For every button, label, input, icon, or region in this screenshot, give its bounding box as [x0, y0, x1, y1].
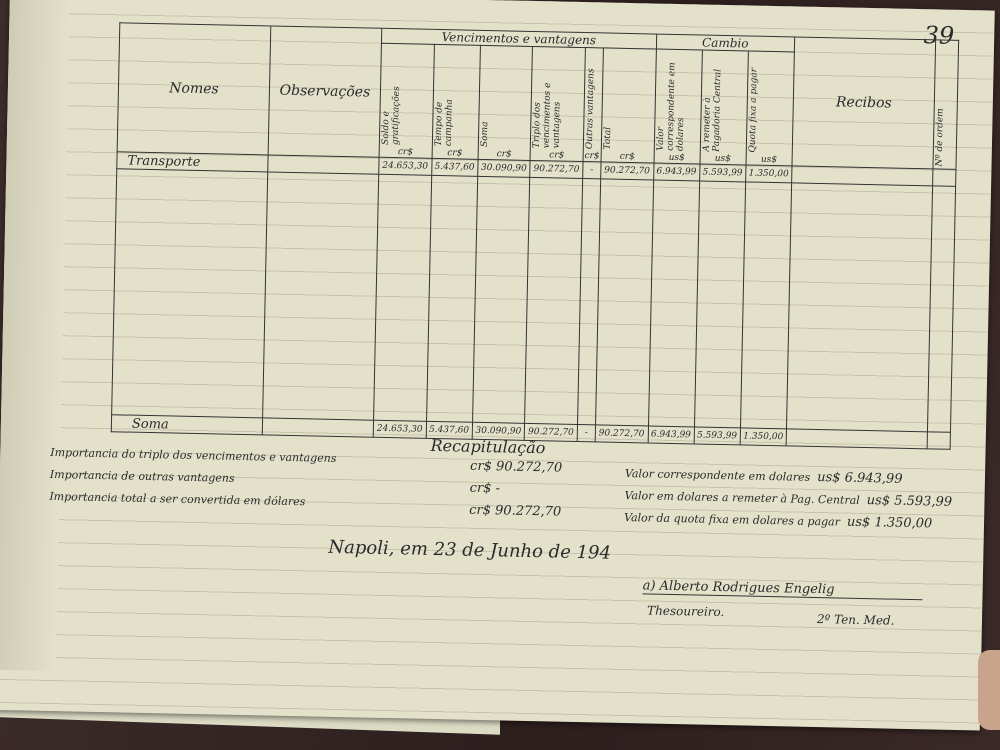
transport-value: 5.437,60 — [431, 158, 477, 176]
payroll-table: Nomes Observações Vencimentos e vantagen… — [111, 22, 959, 450]
header-order-no: Nº de ordem — [933, 40, 959, 169]
receipt-cell — [786, 183, 932, 432]
empty-cell — [648, 180, 699, 427]
transport-value: 5.593,99 — [699, 164, 745, 182]
observations-cell — [263, 172, 379, 420]
signature-role: Thesoureiro. — [647, 603, 724, 619]
column-header: Soldo e gratificaçõescr$ — [379, 43, 434, 158]
empty-cell — [694, 181, 745, 428]
recap-line-label: Importancia total a ser convertida em dó… — [49, 490, 305, 508]
transport-value: 90.272,70 — [601, 162, 654, 180]
transport-value: - — [583, 162, 601, 179]
recap-dollar-line: Valor da quota fixa em dolares a pagar u… — [624, 510, 932, 531]
signature-rank: 2º Ten. Med. — [817, 612, 895, 628]
transport-value: 6.943,99 — [653, 163, 699, 181]
order-cell — [933, 169, 956, 186]
column-header: Quota fixa a pagarus$ — [746, 51, 795, 166]
recap-line-value: cr$ 90.272,70 — [469, 503, 561, 520]
thumb — [978, 650, 1000, 730]
sum-value: - — [577, 424, 595, 441]
recap-line-label: Importancia de outras vantagens — [50, 468, 235, 485]
recap-line-label: Importancia do triplo dos vencimentos e … — [50, 446, 336, 465]
observations-cell — [262, 418, 373, 437]
place-date: Napoli, em 23 de Junho de 194 — [328, 537, 611, 564]
column-header: Triplo dos vencimentos e vantagenscr$ — [530, 46, 585, 161]
empty-cell — [595, 179, 653, 426]
column-header: Outras vantagenscr$ — [583, 48, 603, 162]
sum-value: 6.943,99 — [648, 426, 694, 444]
empty-cell — [426, 175, 477, 422]
sum-value: 24.653,30 — [373, 420, 426, 438]
header-receipt: Recibos — [792, 37, 936, 169]
empty-cell — [374, 174, 432, 421]
transport-value: 1.350,00 — [745, 165, 792, 183]
transport-value: 30.090,90 — [477, 159, 530, 177]
sum-value: 1.350,00 — [740, 428, 787, 446]
header-observations: Observações — [268, 26, 382, 157]
column-header: A remeter à Pagadoria Centralus$ — [700, 50, 749, 165]
recap-line-value: cr$ 90.272,70 — [470, 459, 562, 476]
transport-value: 90.272,70 — [530, 160, 583, 178]
receipt-cell — [786, 429, 927, 449]
empty-cell — [740, 182, 791, 429]
column-header: Somacr$ — [478, 45, 533, 160]
order-cell — [927, 186, 955, 432]
empty-cell — [525, 177, 583, 424]
page-spine-shadow — [0, 0, 70, 671]
signature-name: a) Alberto Rodrigues Engelig — [642, 578, 922, 600]
recap-title: Recapitulação — [430, 436, 545, 457]
sum-value: 90.272,70 — [595, 425, 648, 443]
order-cell — [927, 432, 950, 449]
column-header: Valor correspondente em dolaresus$ — [654, 49, 703, 164]
sum-label: Soma — [111, 415, 262, 435]
ledger-page: 39 Nomes Observações Vencimentos e vanta… — [0, 0, 995, 730]
column-header: Tempo de campanhacr$ — [432, 44, 481, 159]
sum-value: 5.593,99 — [694, 427, 740, 445]
empty-cell — [472, 176, 530, 423]
recap-dollar-line: Valor correspondente em dolares us$ 6.94… — [625, 466, 903, 487]
recap-dollar-line: Valor em dolares a remeter à Pag. Centra… — [624, 488, 952, 510]
names-cell — [112, 169, 268, 418]
transport-value: 24.653,30 — [379, 157, 432, 175]
recap-line-value: cr$ - — [470, 481, 501, 497]
column-header: Totalcr$ — [601, 48, 656, 163]
header-names: Nomes — [117, 23, 271, 155]
